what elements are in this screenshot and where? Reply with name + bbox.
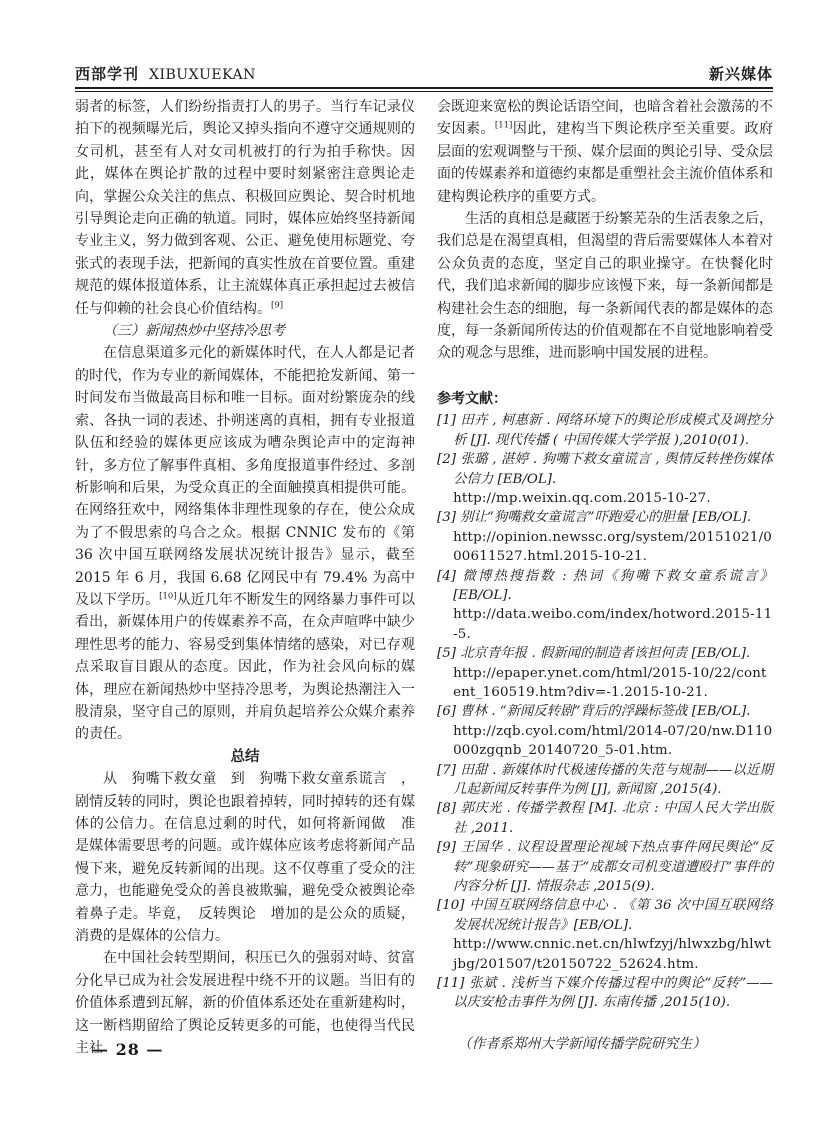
body-paragraph: 生活的真相总是藏匿于纷繁芜杂的生活表象之后，我们总是在渴望真相，但渴望的背后需要… xyxy=(437,208,773,365)
journal-title-cn: 西部学刊 xyxy=(75,66,139,83)
reference-text: 张斌 . 浅析当下媒介传播过程中的舆论“反转”——以庆安枪击事件为例 [J]. … xyxy=(453,976,773,1010)
reference-label: [4] xyxy=(437,569,456,584)
reference-item: [5] 北京青年报 . 假新闻的制造者该担何责 [EB/OL]. http://… xyxy=(437,644,773,702)
body-paragraph: 弱者的标签，人们纷纷指责打人的男子。当行车记录仪拍下的视频曝光后，舆论又掉头指向… xyxy=(75,96,415,320)
citation-superscript: [11] xyxy=(495,121,512,131)
reference-label: [8] xyxy=(437,801,456,816)
reference-url: http://zqb.cyol.com/html/2014-07/20/nw.D… xyxy=(453,722,773,761)
reference-item: [11] 张斌 . 浅析当下媒介传播过程中的舆论“反转”——以庆安枪击事件为例 … xyxy=(437,974,773,1013)
reference-url: http://data.weibo.com/index/hotword.2015… xyxy=(453,605,773,644)
reference-label: [10] xyxy=(437,898,465,913)
reference-item: [2] 张璐 , 湛婷 . 狗嘴下救女童谎言 , 舆情反转挫伤媒体公信力 [EB… xyxy=(437,450,773,508)
reference-label: [11] xyxy=(437,976,465,991)
reference-text: 田卉 , 柯惠新 . 网络环境下的舆论形成模式及调控分析 [J]. 现代传播 (… xyxy=(453,413,773,447)
reference-url: http://www.cnnic.net.cn/hlwfzyj/hlwxzbg/… xyxy=(453,935,773,974)
reference-item: [9] 王国华 . 议程设置理论视域下热点事件网民舆论“反转”现象研究——基于“… xyxy=(437,838,773,896)
journal-page: 西部学刊XIBUXUEKAN 新兴媒体 弱者的标签，人们纷纷指责打人的男子。当行… xyxy=(0,0,833,1123)
reference-item: [4] 微博热搜指数 : 热词《狗嘴下救女童系谎言》[EB/OL]. http:… xyxy=(437,567,773,645)
reference-label: [1] xyxy=(437,413,456,428)
citation-superscript: [10] xyxy=(159,591,176,601)
reference-item: [1] 田卉 , 柯惠新 . 网络环境下的舆论形成模式及调控分析 [J]. 现代… xyxy=(437,411,773,450)
reference-text: 北京青年报 . 假新闻的制造者该担何责 [EB/OL]. xyxy=(460,646,750,661)
journal-title-en: XIBUXUEKAN xyxy=(149,67,256,83)
reference-text: 曹林 . “新闻反转剧”背后的浮躁标签战 [EB/OL]. xyxy=(460,704,750,719)
reference-label: [3] xyxy=(437,510,456,525)
paragraph-text: 从近几年不断发生的网络暴力事件可以看出，新媒体用户的传媒素养不高，在众声喧哗中缺… xyxy=(75,592,415,742)
references-list: [1] 田卉 , 柯惠新 . 网络环境下的舆论形成模式及调控分析 [J]. 现代… xyxy=(437,411,773,1013)
section-label: 新兴媒体 xyxy=(709,63,773,84)
reference-text: 王国华 . 议程设置理论视域下热点事件网民舆论“反转”现象研究——基于“成都女司… xyxy=(453,840,773,894)
author-note: （作者系郑州大学新闻传播学院研究生） xyxy=(437,1033,773,1055)
reference-url: http://epaper.ynet.com/html/2015-10/22/c… xyxy=(453,664,773,703)
reference-text: 郭庆光 . 传播学教程 [M]. 北京 : 中国人民大学出版社 ,2011. xyxy=(453,801,773,835)
references-heading: 参考文献： xyxy=(437,387,773,409)
reference-item: [8] 郭庆光 . 传播学教程 [M]. 北京 : 中国人民大学出版社 ,201… xyxy=(437,799,773,838)
reference-text: 张璐 , 湛婷 . 狗嘴下救女童谎言 , 舆情反转挫伤媒体公信力 [EB/OL]… xyxy=(453,452,773,486)
reference-text: 别让“狗嘴救女童谎言”吓跑爱心的胆量 [EB/OL]. xyxy=(460,510,751,525)
page-header: 西部学刊XIBUXUEKAN 新兴媒体 xyxy=(75,63,773,85)
page-number: — 28 — xyxy=(92,1040,163,1059)
subsection-heading: （三）新闻热炒中坚持冷思考 xyxy=(75,320,415,342)
reference-item: [10] 中国互联网络信息中心 . 《第 36 次中国互联网络发展状况统计报告》… xyxy=(437,896,773,974)
paragraph-text: 弱者的标签，人们纷纷指责打人的男子。当行车记录仪拍下的视频曝光后，舆论又掉头指向… xyxy=(75,99,415,317)
body-paragraph: 在信息渠道多元化的新媒体时代，在人人都是记者的时代，作为专业的新闻媒体，不能把抢… xyxy=(75,342,415,745)
reference-label: [5] xyxy=(437,646,456,661)
reference-label: [2] xyxy=(437,452,456,467)
body-paragraph: 会既迎来宽松的舆论话语空间，也暗含着社会激荡的不安因素。[11]因此，建构当下舆… xyxy=(437,96,773,208)
citation-superscript: [9] xyxy=(271,300,283,310)
right-column: 会既迎来宽松的舆论话语空间，也暗含着社会激荡的不安因素。[11]因此，建构当下舆… xyxy=(437,96,773,1055)
reference-text: 田甜 . 新媒体时代极速传播的失范与规制——以近期几起新闻反转事件为例 [J],… xyxy=(453,763,773,797)
header-rule xyxy=(75,87,773,92)
reference-label: [9] xyxy=(437,840,456,855)
reference-label: [6] xyxy=(437,704,456,719)
reference-url: http://mp.weixin.qq.com.2015-10-27. xyxy=(453,489,773,508)
paragraph-text: 在信息渠道多元化的新媒体时代，在人人都是记者的时代，作为专业的新闻媒体，不能把抢… xyxy=(75,345,415,607)
reference-item: [3] 别让“狗嘴救女童谎言”吓跑爱心的胆量 [EB/OL]. http://o… xyxy=(437,508,773,566)
reference-text: 微博热搜指数 : 热词《狗嘴下救女童系谎言》[EB/OL]. xyxy=(453,569,773,603)
reference-url: http://opinion.newssc.org/system/2015102… xyxy=(453,528,773,567)
reference-label: [7] xyxy=(437,763,456,778)
body-paragraph: 从 狗嘴下救女童 到 狗嘴下救女童系谎言 ，剧情反转的同时，舆论也跟着掉转，同时… xyxy=(75,768,415,947)
reference-item: [6] 曹林 . “新闻反转剧”背后的浮躁标签战 [EB/OL]. http:/… xyxy=(437,702,773,760)
reference-item: [7] 田甜 . 新媒体时代极速传播的失范与规制——以近期几起新闻反转事件为例 … xyxy=(437,761,773,800)
journal-title: 西部学刊XIBUXUEKAN xyxy=(75,63,256,84)
summary-heading: 总结 xyxy=(75,746,415,768)
reference-text: 中国互联网络信息中心 . 《第 36 次中国互联网络发展状况统计报告》[EB/O… xyxy=(453,898,773,932)
left-column: 弱者的标签，人们纷纷指责打人的男子。当行车记录仪拍下的视频曝光后，舆论又掉头指向… xyxy=(75,96,415,1059)
